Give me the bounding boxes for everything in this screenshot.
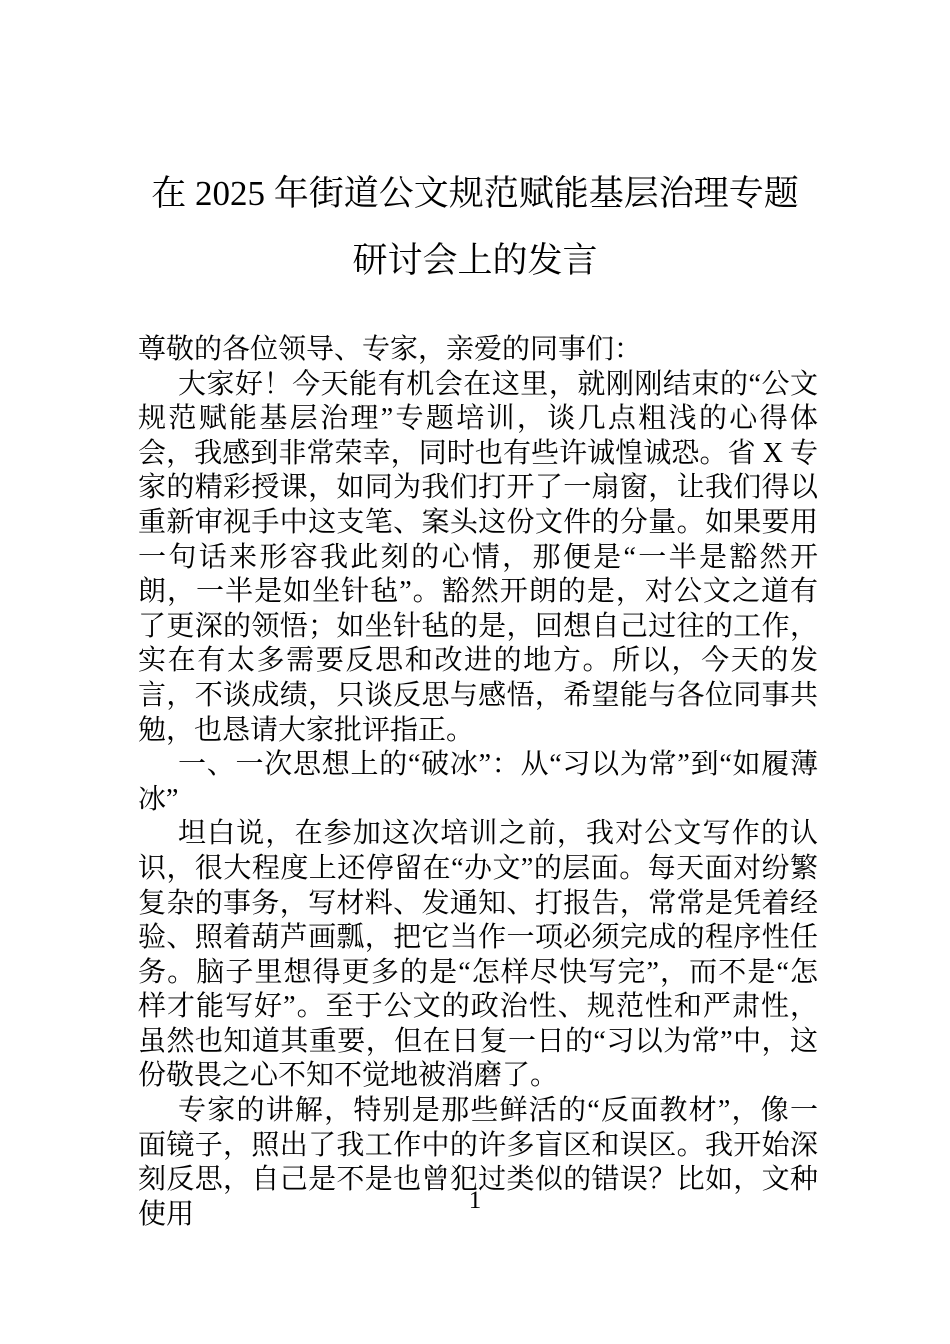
paragraph-opening-remarks: 大家好！今天能有机会在这里，就刚刚结束的“公文规范赋能基层治理”专题培训，谈几点… — [138, 368, 818, 749]
document-title: 在 2025 年街道公文规范赋能基层治理专题 研讨会上的发言 — [0, 0, 950, 294]
document-body: 尊敬的各位领导、专家，亲爱的同事们： 大家好！今天能有机会在这里，就刚刚结束的“… — [138, 333, 818, 1232]
document-title-line2: 研讨会上的发言 — [0, 227, 950, 294]
paragraph-greeting: 尊敬的各位领导、专家，亲爱的同事们： — [138, 333, 818, 368]
document-title-line1: 在 2025 年街道公文规范赋能基层治理专题 — [0, 160, 950, 227]
paragraph-self-reflection: 坦白说，在参加这次培训之前，我对公文写作的认识，很大程度上还停留在“办文”的层面… — [138, 817, 818, 1094]
document-page: 在 2025 年街道公文规范赋能基层治理专题 研讨会上的发言 尊敬的各位领导、专… — [0, 0, 950, 1344]
section-heading-1: 一、一次思想上的“破冰”：从“习以为常”到“如履薄冰” — [138, 748, 818, 817]
page-number: 1 — [0, 1186, 950, 1216]
